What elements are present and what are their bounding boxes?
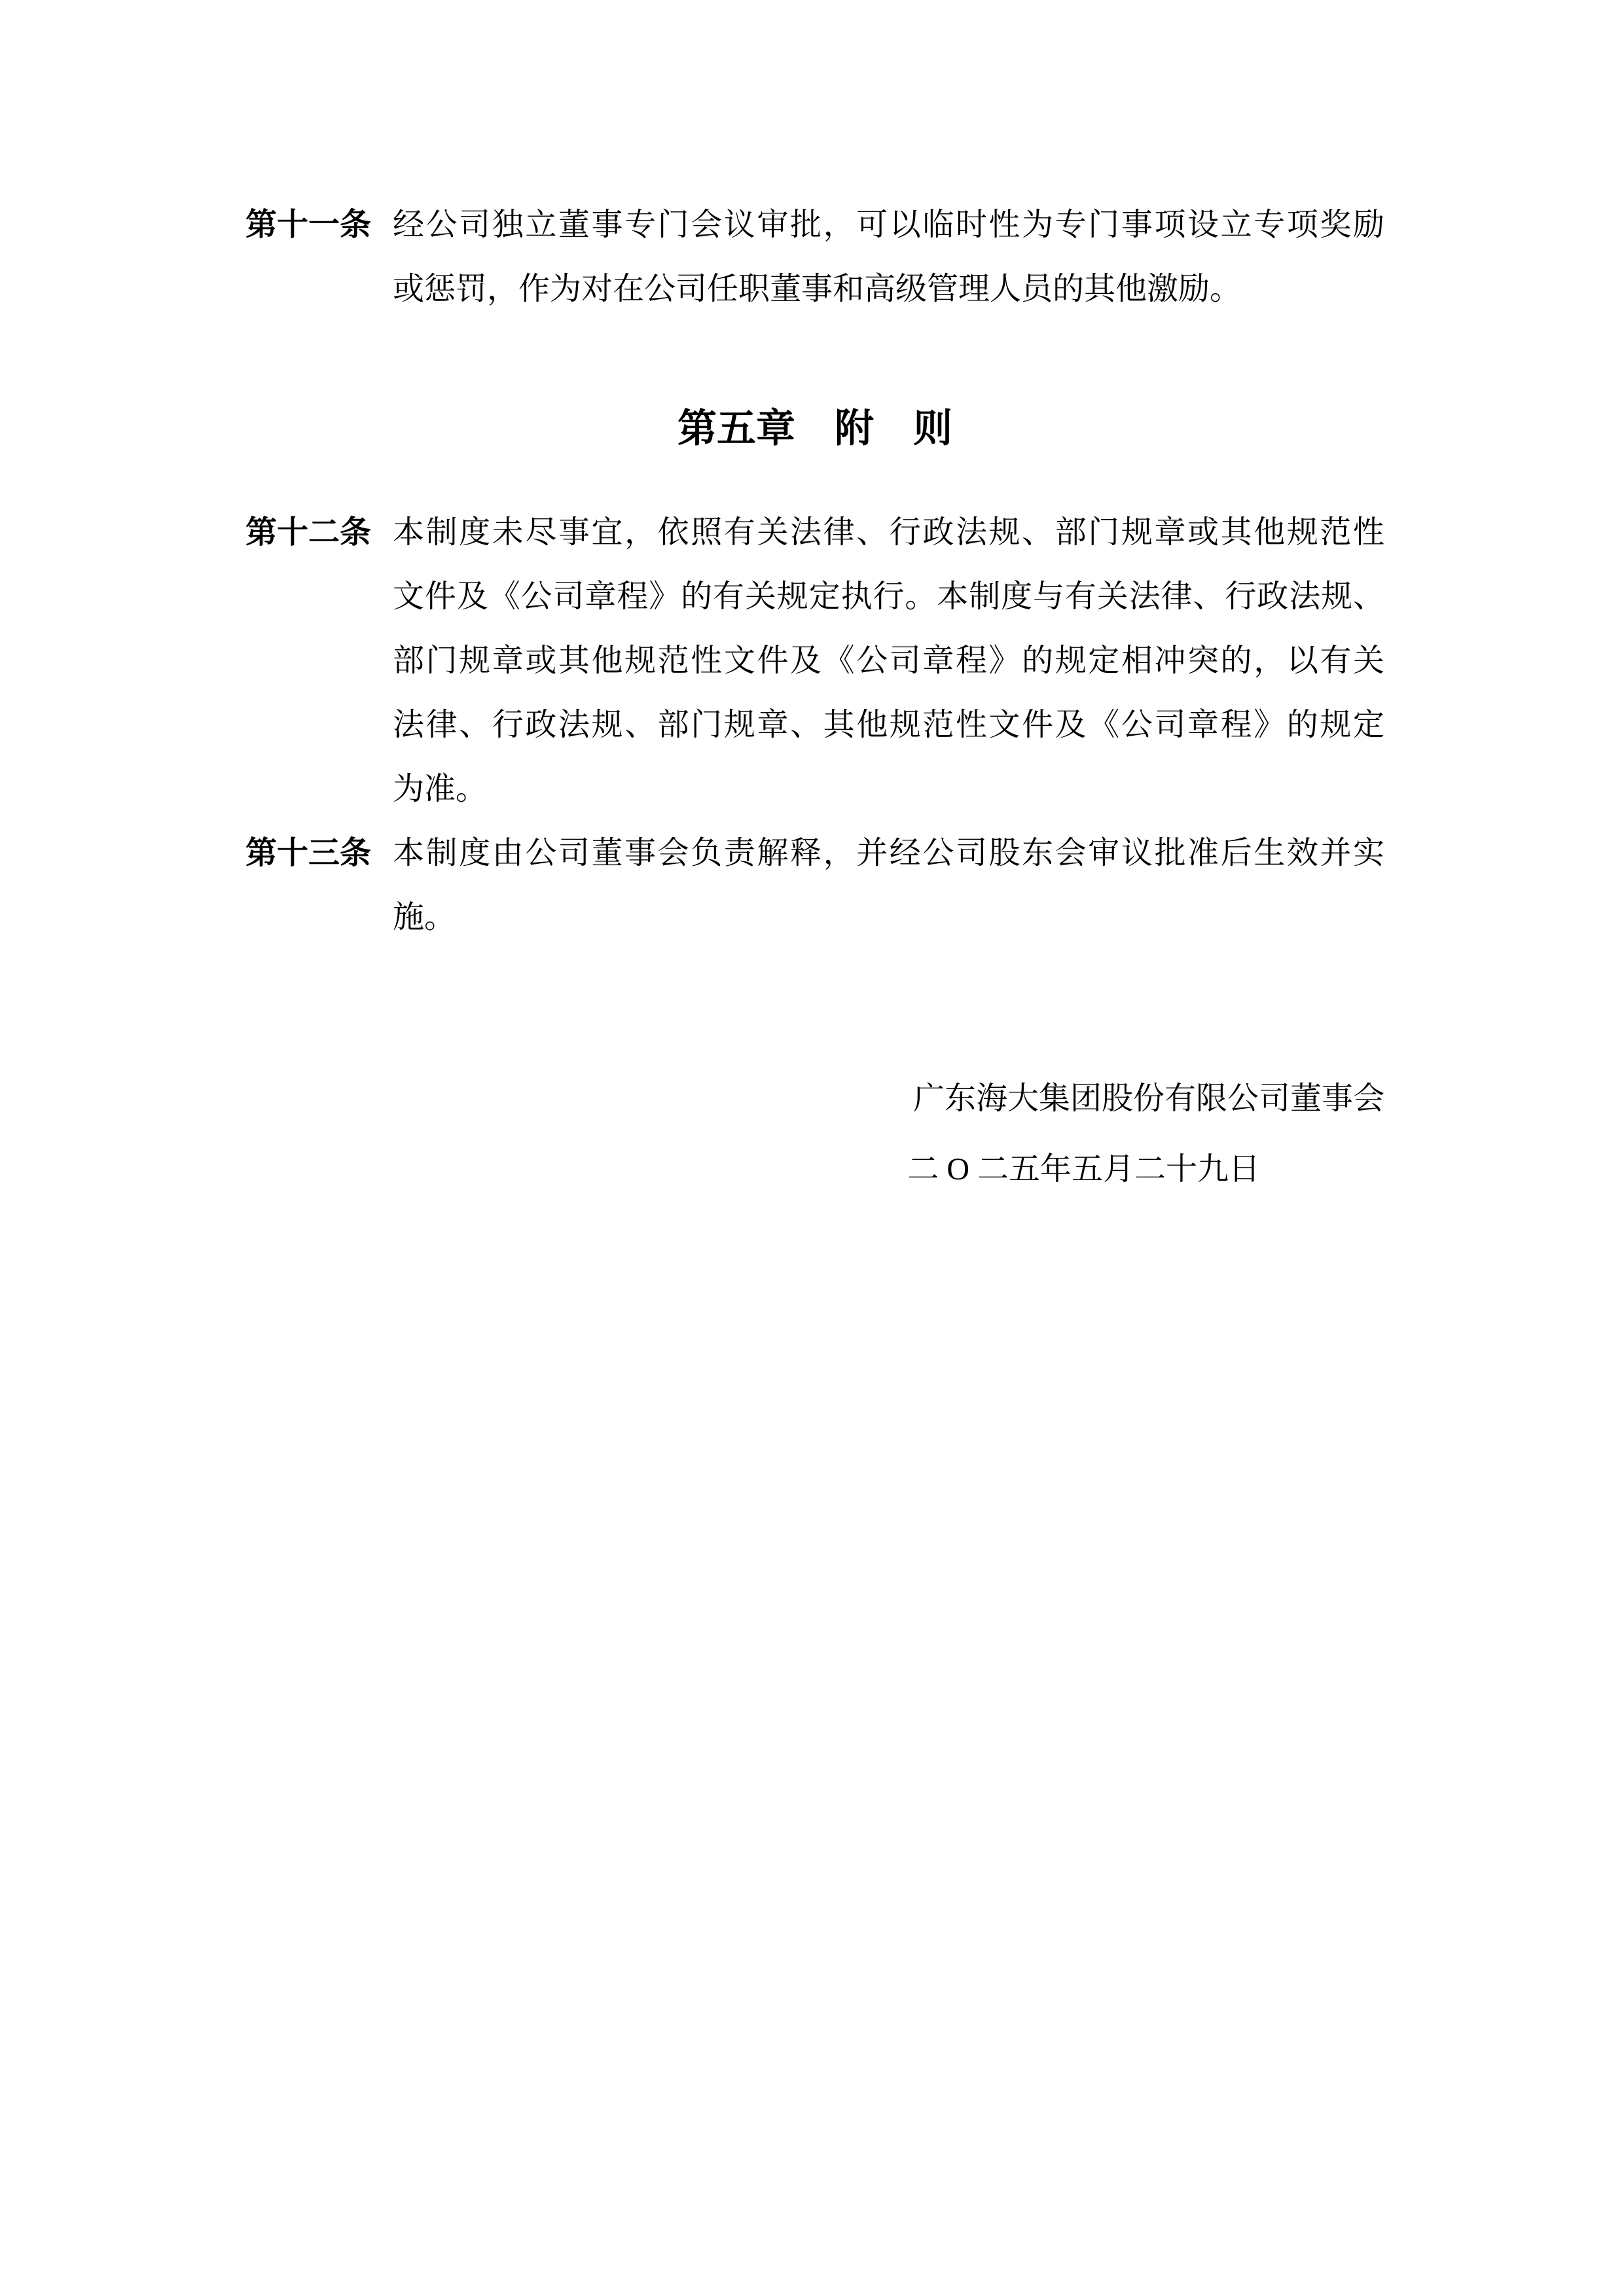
article-line: 部门规章或其他规范性文件及《公司章程》的规定相冲突的，以有关 xyxy=(393,629,1384,693)
article-line: 文件及《公司章程》的有关规定执行。本制度与有关法律、行政法规、 xyxy=(393,565,1384,629)
article-11-label: 第十一条 xyxy=(245,193,371,257)
article-line: 法律、行政法规、部门规章、其他规范性文件及《公司章程》的规定 xyxy=(393,693,1384,757)
chapter-heading: 第五章 附 则 xyxy=(245,397,1384,461)
article-line: 为准。 xyxy=(393,757,1384,821)
signature-date: 二 O 二五年五月二十九日 xyxy=(245,1138,1384,1202)
article-13-label: 第十三条 xyxy=(245,821,371,886)
article-12-label: 第十二条 xyxy=(245,501,371,565)
article-11-body: 经公司独立董事专门会议审批，可以临时性为专门事项设立专项奖励 或惩罚，作为对在公… xyxy=(393,193,1384,321)
article-13-body: 本制度由公司董事会负责解释，并经公司股东会审议批准后生效并实 施。 xyxy=(393,821,1384,950)
article-12-body: 本制度未尽事宜，依照有关法律、行政法规、部门规章或其他规范性 文件及《公司章程》… xyxy=(393,501,1384,821)
article-line: 本制度由公司董事会负责解释，并经公司股东会审议批准后生效并实 xyxy=(393,821,1384,886)
signature-block: 广东海大集团股份有限公司董事会 二 O 二五年五月二十九日 xyxy=(245,1067,1384,1202)
signature-company: 广东海大集团股份有限公司董事会 xyxy=(245,1067,1384,1131)
article-line: 或惩罚，作为对在公司任职董事和高级管理人员的其他激励。 xyxy=(393,257,1384,321)
article-line: 施。 xyxy=(393,886,1384,950)
article-12: 第十二条 本制度未尽事宜，依照有关法律、行政法规、部门规章或其他规范性 文件及《… xyxy=(245,501,1384,821)
page-content: 第十一条 经公司独立董事专门会议审批，可以临时性为专门事项设立专项奖励 或惩罚，… xyxy=(245,193,1384,1202)
article-11: 第十一条 经公司独立董事专门会议审批，可以临时性为专门事项设立专项奖励 或惩罚，… xyxy=(245,193,1384,321)
document-page: 第十一条 经公司独立董事专门会议审批，可以临时性为专门事项设立专项奖励 或惩罚，… xyxy=(0,0,1624,2296)
article-13: 第十三条 本制度由公司董事会负责解释，并经公司股东会审议批准后生效并实 施。 xyxy=(245,821,1384,950)
article-line: 经公司独立董事专门会议审批，可以临时性为专门事项设立专项奖励 xyxy=(393,193,1384,257)
article-line: 本制度未尽事宜，依照有关法律、行政法规、部门规章或其他规范性 xyxy=(393,501,1384,565)
